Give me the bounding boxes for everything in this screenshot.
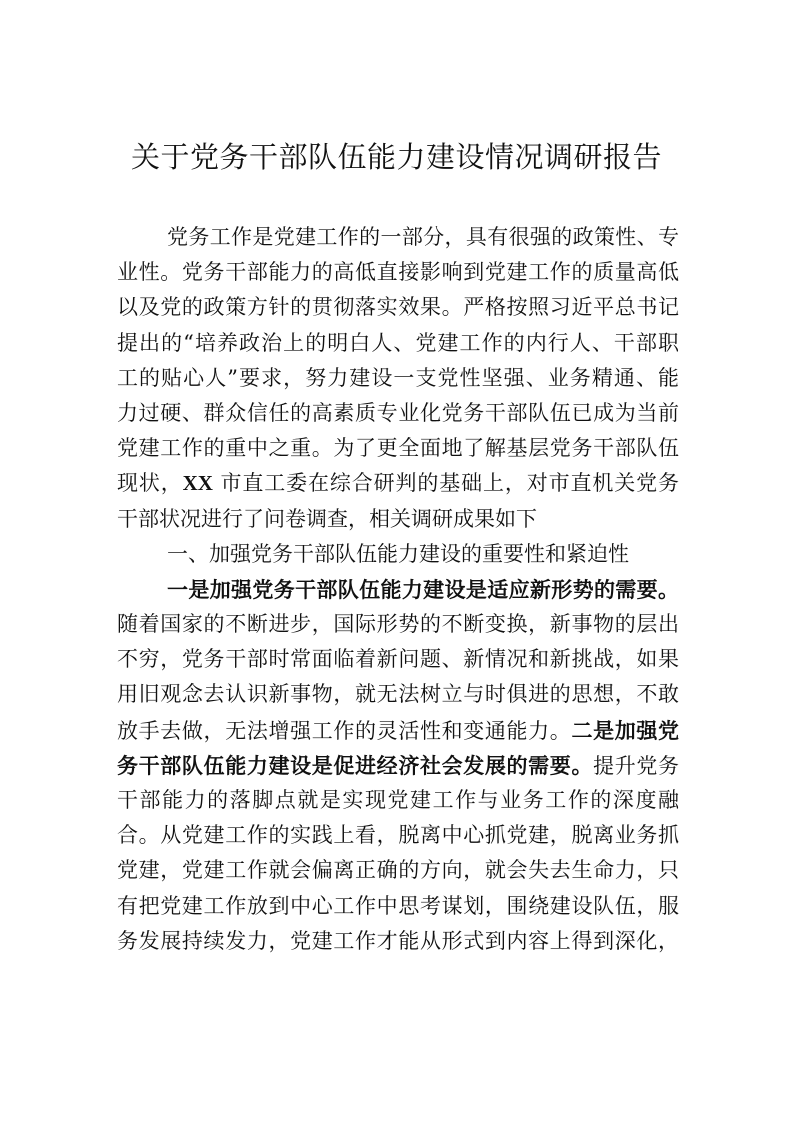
- point-title-start: 二是加强党: [571, 718, 679, 743]
- paragraph-line: 不穷，党务干部时常面临着新问题、新情况和新挑战，如果: [117, 642, 679, 677]
- document-title: 关于党务干部队伍能力建设情况调研报告: [0, 137, 793, 177]
- paragraph-line: 随着国家的不断进步，国际形势的不断变换，新事物的层出: [117, 607, 679, 642]
- text-span: 提升党务: [593, 754, 679, 778]
- section-heading: 一、加强党务干部队伍能力建设的重要性和紧迫性: [117, 537, 679, 572]
- text-span: 市直工委在综合研判的基础上，对市直机关党务: [213, 471, 679, 495]
- paragraph-line: 党建工作的重中之重。为了更全面地了解基层党务干部队伍: [117, 431, 679, 466]
- point-title: 一是加强党务干部队伍能力建设是适应新形势的需要。: [117, 572, 679, 607]
- paragraph-line: 用旧观念去认识新事物，就无法树立与时俱进的思想，不敢: [117, 677, 679, 712]
- text-span: 放手去做，无法增强工作的灵活性和变通能力。: [117, 719, 571, 743]
- paragraph-line: 以及党的政策方针的贯彻落实效果。严格按照习近平总书记: [117, 290, 679, 325]
- paragraph-line: 干部能力的落脚点就是实现党建工作与业务工作的深度融: [117, 783, 679, 818]
- point-title-end: 务干部队伍能力建设是促进经济社会发展的需要。: [117, 753, 593, 778]
- paragraph-line: 力过硬、群众信任的高素质专业化党务干部队伍已成为当前: [117, 396, 679, 431]
- paragraph-line: 务发展持续发力，党建工作才能从形式到内容上得到深化，: [117, 924, 679, 959]
- paragraph-line: 业性。党务干部能力的高低直接影响到党建工作的质量高低: [117, 255, 679, 290]
- document-page: 关于党务干部队伍能力建设情况调研报告 党务工作是党建工作的一部分，具有很强的政策…: [0, 0, 793, 1122]
- paragraph-line: 现状，XX 市直工委在综合研判的基础上，对市直机关党务: [117, 466, 679, 501]
- paragraph-line: 提出的“培养政治上的明白人、党建工作的内行人、干部职: [117, 326, 679, 361]
- paragraph-line: 党建，党建工作就会偏离正确的方向，就会失去生命力，只: [117, 853, 679, 888]
- paragraph-line: 党务工作是党建工作的一部分，具有很强的政策性、专: [117, 220, 679, 255]
- text-span: 现状，: [117, 471, 183, 495]
- paragraph-line: 合。从党建工作的实践上看，脱离中心抓党建，脱离业务抓: [117, 818, 679, 853]
- paragraph-line: 有把党建工作放到中心工作中思考谋划，围绕建设队伍，服: [117, 889, 679, 924]
- paragraph-line: 放手去做，无法增强工作的灵活性和变通能力。二是加强党: [117, 713, 679, 748]
- document-body: 党务工作是党建工作的一部分，具有很强的政策性、专 业性。党务干部能力的高低直接影…: [117, 220, 679, 959]
- paragraph-line: 干部状况进行了问卷调查，相关调研成果如下: [117, 502, 679, 537]
- paragraph-line: 务干部队伍能力建设是促进经济社会发展的需要。提升党务: [117, 748, 679, 783]
- placeholder-xx: XX: [183, 471, 213, 495]
- paragraph-line: 工的贴心人”要求，努力建设一支党性坚强、业务精通、能: [117, 361, 679, 396]
